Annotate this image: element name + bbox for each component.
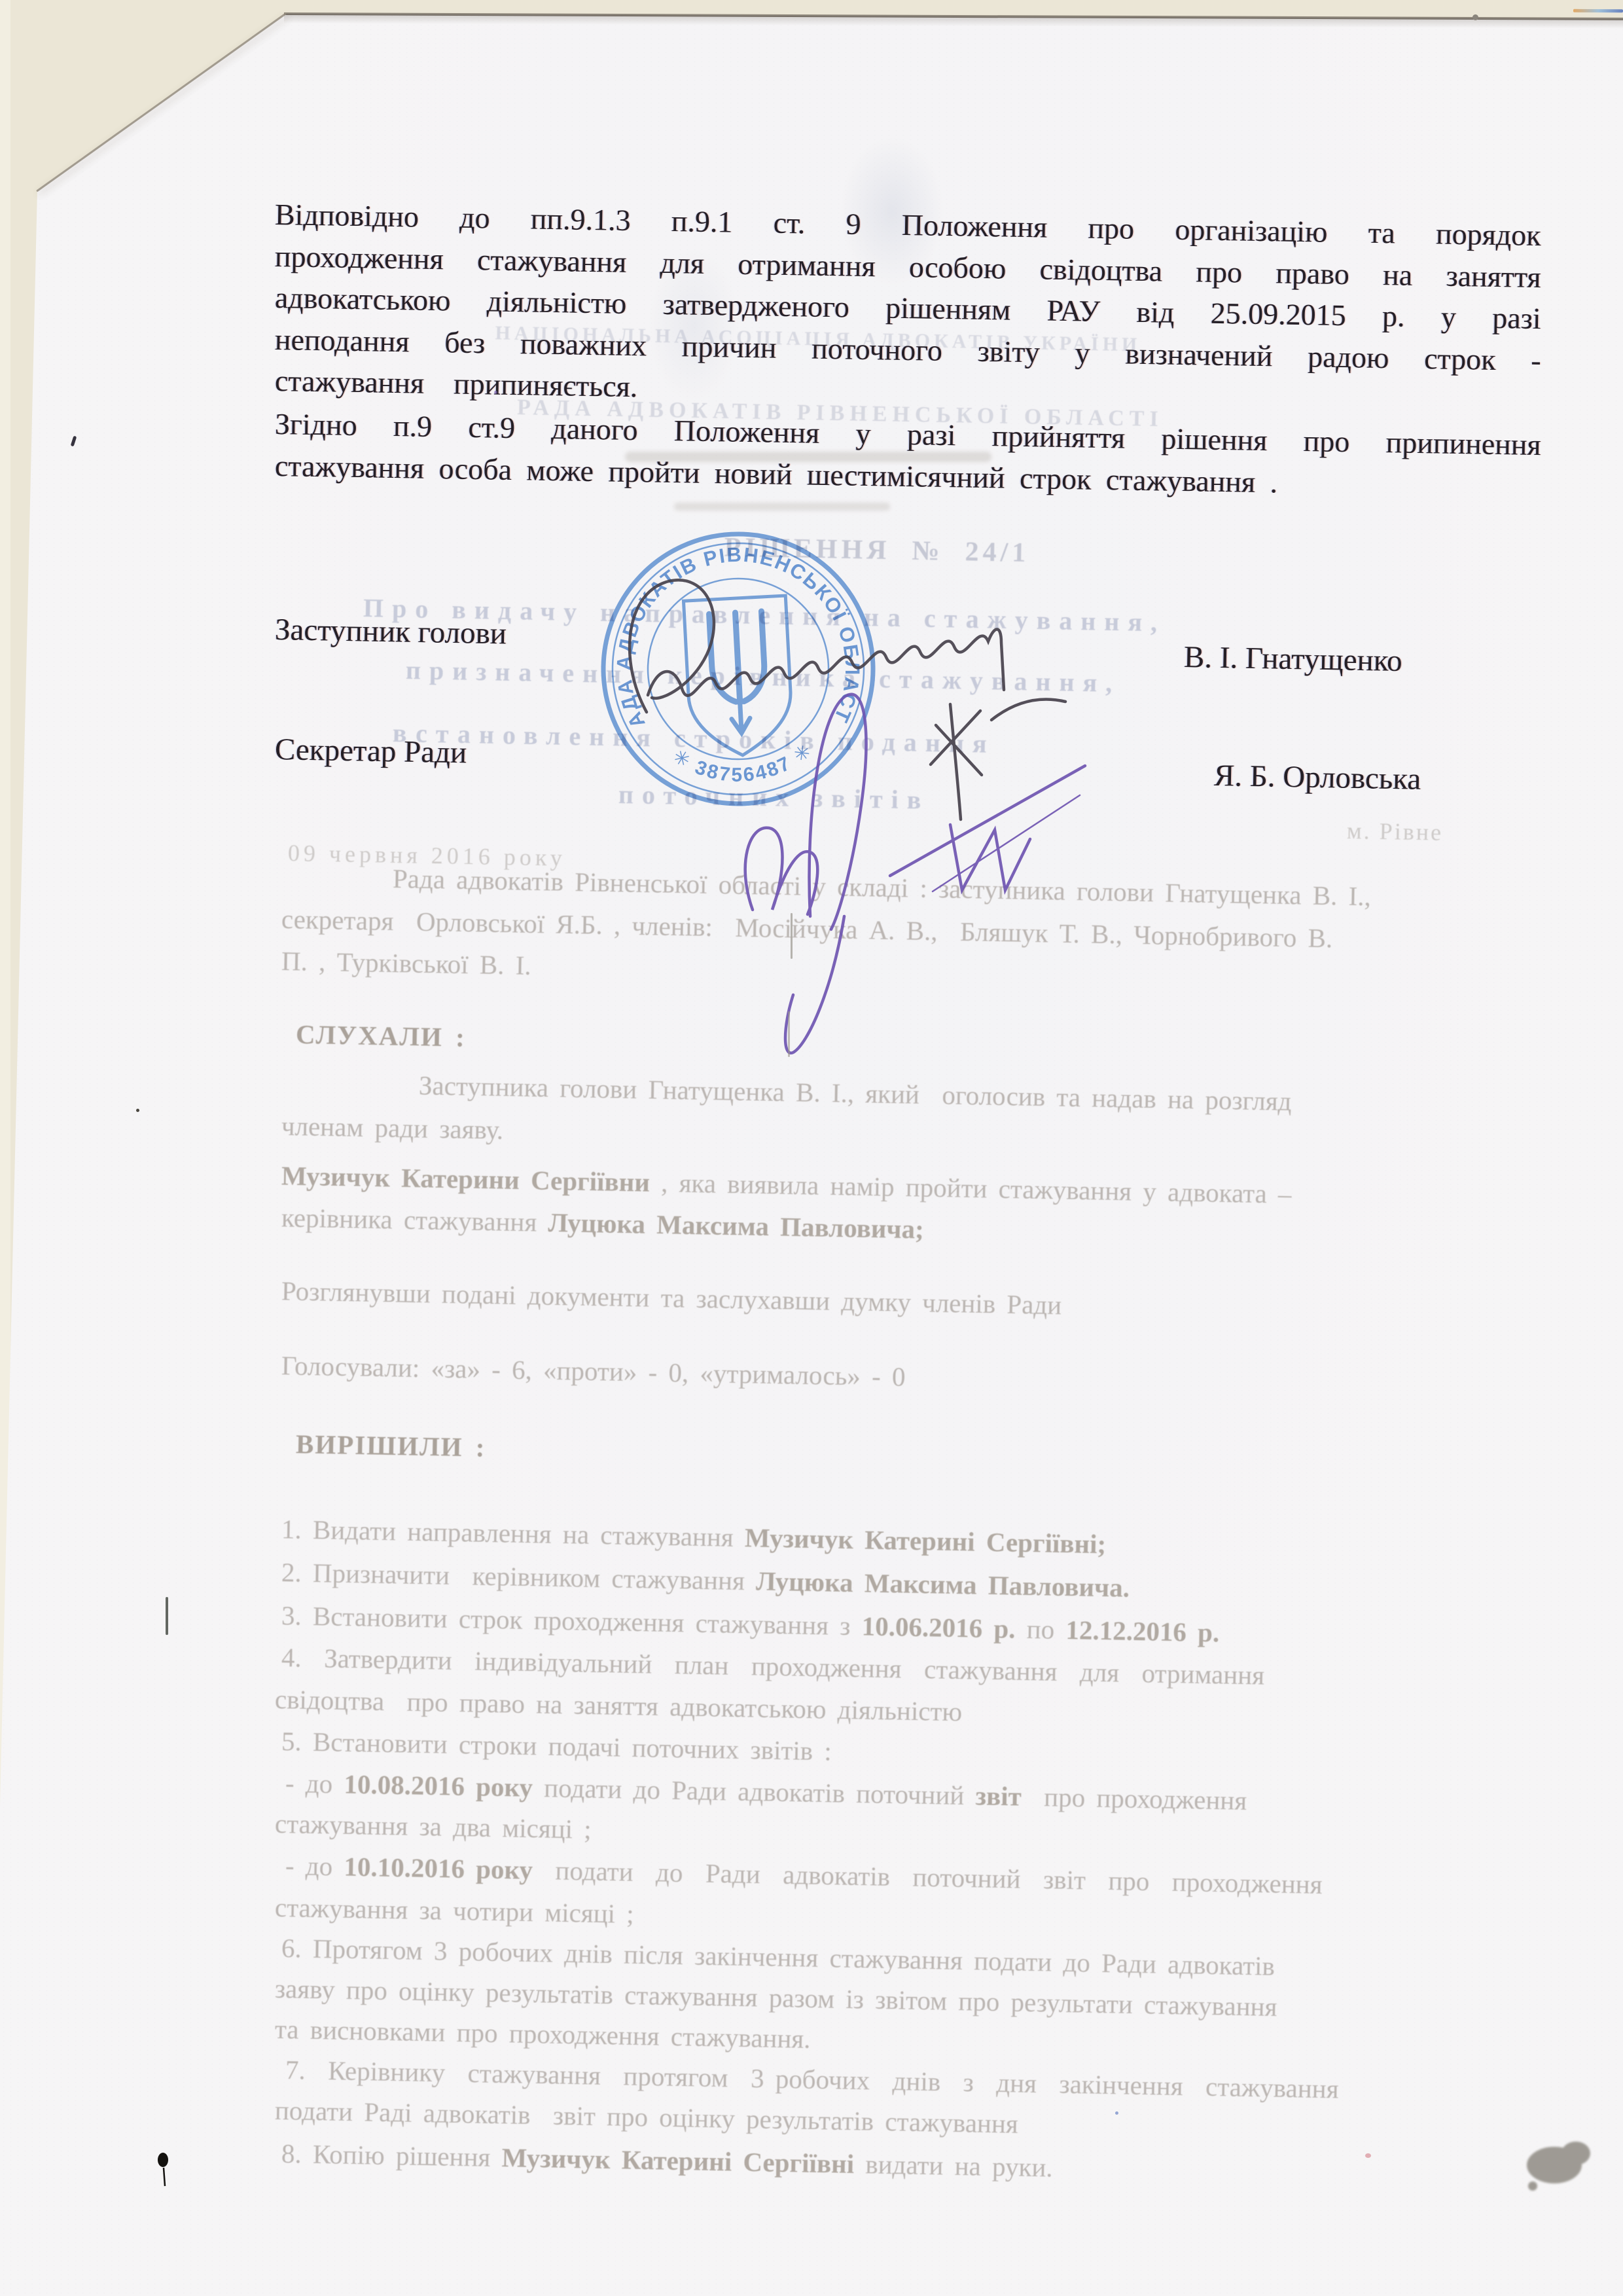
deputy-name-label: В. І. Гнатущенко: [1184, 639, 1403, 679]
bleedthrough-text-line: 3. Встановити строк проходження стажуван…: [281, 1600, 1220, 1648]
bleedthrough-text-line: П. , Турківської В. І.: [281, 945, 531, 981]
bleedthrough-text-line: - до 10.10.2016 року подати до Ради адво…: [285, 1850, 1323, 1900]
secretary-name-label: Я. Б. Орловська: [1214, 758, 1421, 797]
bleedthrough-text-line: 5. Встановити строки подачі поточних зві…: [281, 1725, 832, 1767]
bleedthrough-text-line: 4. Затвердити індивідуальний план проход…: [281, 1641, 1265, 1691]
bleedthrough-text-line: заяву про оцінку результатів стажування …: [275, 1973, 1277, 2022]
scan-artifact-dot: [1472, 14, 1478, 20]
paragraph-1: Відповіднодопп.9.1.3п.9.1ст.9Положенняпр…: [275, 194, 1541, 402]
deputy-role-label: Заступник голови: [275, 612, 507, 651]
bleedthrough-text-line: ВИРІШИЛИ :: [296, 1428, 486, 1463]
bleedthrough-text-line: Рада адвокатів Рівненської області у скл…: [393, 863, 1372, 912]
bleedthrough-text-line: свідоцтва про право на заняття адвокатсь…: [275, 1683, 963, 1727]
bleedthrough-place: м. Рівне: [1347, 817, 1444, 846]
paragraph-2: Згідноп.9ст.9даногоПоложенняуразіприйнят…: [275, 403, 1541, 486]
bleedthrough-text-line: секретаря Орловської Я.Б. , членів: Мосі…: [281, 903, 1333, 954]
dust-speck: [1115, 2111, 1118, 2115]
dust-speck: [1365, 2153, 1371, 2158]
scratch-mark: [791, 913, 793, 959]
bleedthrough-text-line: - до 10.08.2016 року подати до Ради адво…: [285, 1767, 1247, 1816]
dust-speck: [494, 391, 497, 394]
bleedthrough-text-line: Заступника голови Гнатущенка В. І., який…: [419, 1069, 1292, 1117]
bleedthrough-text-line: стажування за чотири місяці ;: [275, 1892, 635, 1929]
scanned-document-page: { "document": { "kind": "scanned decisio…: [0, 0, 1623, 2296]
bleedthrough-title-line: призначення керівника стажування,: [406, 655, 1121, 698]
dust-speck: [109, 101, 113, 105]
bleedthrough-text-line: 2. Призначити керівником стажування Луцю…: [281, 1556, 1130, 1604]
bleedthrough-text-line: членам ради заяву.: [281, 1110, 504, 1145]
bleedthrough-text-line: 8. Копію рішення Музичук Катерині Сергії…: [281, 2138, 1054, 2183]
bleedthrough-text-line: керівника стажування Луцюка Максима Павл…: [281, 1202, 925, 1245]
bleedthrough-text-line: та висновками про проходження стажування…: [275, 2013, 811, 2054]
scan-artifact-line: [1573, 9, 1623, 12]
bleedthrough-title-line: встановлення строків подання: [393, 717, 996, 759]
bleedthrough-decision-number: РІШЕННЯ № 24/1: [707, 531, 1048, 569]
bleedthrough-text-line: 6. Протягом 3 робочих днів після закінче…: [281, 1932, 1275, 1982]
bleedthrough-text-line: стажування за два місяці ;: [275, 1808, 592, 1845]
bleedthrough-illegible-line: [674, 503, 890, 511]
bleedthrough-text-line: Музичук Катерини Сергіївни , яка виявила…: [281, 1160, 1292, 1210]
bleedthrough-text-line: 1. Видати направлення на стажування Музи…: [281, 1513, 1107, 1560]
scratch-mark: [788, 1011, 790, 1057]
dust-speck: [136, 1109, 139, 1112]
secretary-role-label: Секретар Ради: [275, 732, 467, 770]
bleedthrough-text-line: СЛУХАЛИ :: [296, 1018, 467, 1053]
bleedthrough-title-line: поточних звітів: [618, 779, 930, 816]
bleedthrough-text-line: подати Раді адвокатів звіт про оцінку ре…: [275, 2094, 1019, 2140]
paper-sheet: НАЦІОНАЛЬНА АСОЦІАЦІЯ АДВОКАТІВ УКРАЇНИ …: [0, 0, 1623, 2296]
bleedthrough-text-line: Розглянувши подані документи та заслухав…: [281, 1275, 1062, 1321]
bleedthrough-text-line: Голосували: «за» - 6, «проти» - 0, «утри…: [281, 1350, 906, 1392]
scratch-mark: [166, 1597, 168, 1635]
